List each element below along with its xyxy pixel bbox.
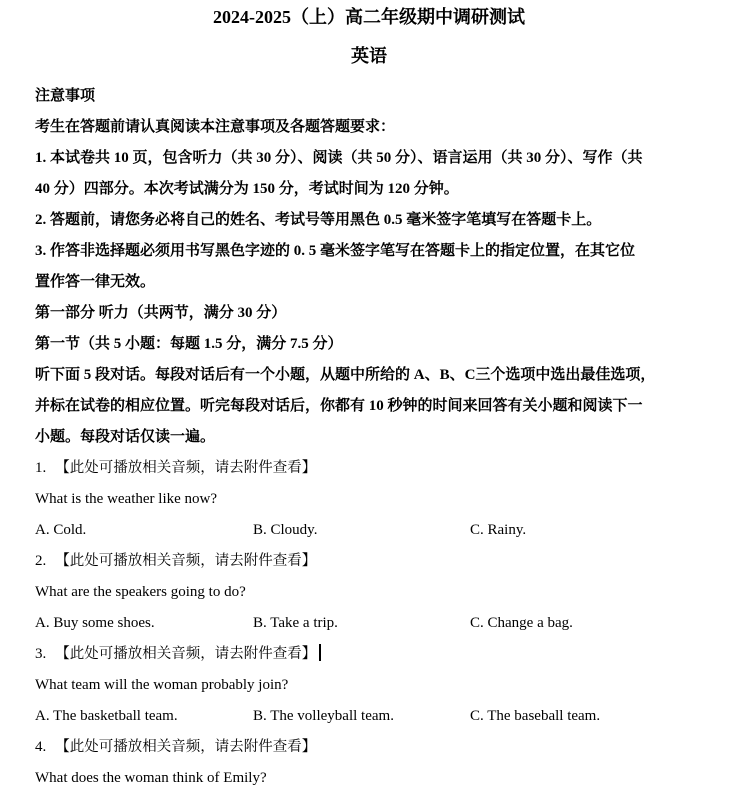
question-audio-line: 1.【此处可播放相关音频，请去附件查看】 [35,453,703,484]
options-row: A. The basketball team. B. The volleybal… [35,701,703,732]
question-block: 2.【此处可播放相关音频，请去附件查看】 What are the speake… [35,546,703,639]
question-text: What are the speakers going to do? [35,577,703,608]
text-cursor [319,644,321,661]
option-b: B. The volleyball team. [253,701,470,732]
question-text: What does the woman think of Emily? [35,763,703,792]
exam-subject: 英语 [35,45,703,67]
question-text: What team will the woman probably join? [35,670,703,701]
question-audio-line: 2.【此处可播放相关音频，请去附件查看】 [35,546,703,577]
notice-line: 置作答一律无效。 [35,267,703,298]
option-b: B. Take a trip. [253,608,470,639]
notice-line: 40 分）四部分。本次考试满分为 150 分，考试时间为 120 分钟。 [35,174,703,205]
question-audio-line: 4.【此处可播放相关音频，请去附件查看】 [35,732,703,763]
question-block: 1.【此处可播放相关音频，请去附件查看】 What is the weather… [35,453,703,546]
question-number: 2. [35,553,46,569]
notice-line: 1. 本试卷共 10 页，包含听力（共 30 分）、阅读（共 50 分）、语言运… [35,143,703,174]
notice-line: 2. 答题前，请您务必将自己的姓名、考试号等用黑色 0.5 毫米签字笔填写在答题… [35,205,703,236]
question-number: 4. [35,739,46,755]
listening-instruction-line: 并标在试卷的相应位置。听完每段对话后，你都有 10 秒钟的时间来回答有关小题和阅… [35,391,703,422]
question-number: 1. [35,460,46,476]
option-c: C. Change a bag. [470,608,703,639]
option-b: B. Cloudy. [253,515,470,546]
section-heading: 第一节（共 5 小题：每题 1.5 分，满分 7.5 分） [35,329,703,360]
option-c: C. The baseball team. [470,701,703,732]
question-block: 3.【此处可播放相关音频，请去附件查看】 What team will the … [35,639,703,732]
option-c: C. Rainy. [470,515,703,546]
notice-section: 注意事项 考生在答题前请认真阅读本注意事项及各题答题要求： 1. 本试卷共 10… [35,81,703,298]
option-a: A. The basketball team. [35,701,253,732]
exam-paper-page: 2024-2025（上）高二年级期中调研测试 英语 注意事项 考生在答题前请认真… [0,0,736,792]
listening-instruction-line: 听下面 5 段对话。每段对话后有一个小题，从题中所给的 A、B、C三个选项中选出… [35,360,703,391]
notice-heading: 注意事项 [35,81,703,112]
options-row: A. Cold. B. Cloudy. C. Rainy. [35,515,703,546]
option-a: A. Cold. [35,515,253,546]
audio-placeholder-note: 【此处可播放相关音频，请去附件查看】 [55,460,316,476]
part-heading: 第一部分 听力（共两节，满分 30 分） [35,298,703,329]
exam-title: 2024-2025（上）高二年级期中调研测试 [35,6,703,28]
question-block: 4.【此处可播放相关音频，请去附件查看】 What does the woman… [35,732,703,792]
listening-instruction-line: 小题。每段对话仅读一遍。 [35,422,703,453]
audio-placeholder-note: 【此处可播放相关音频，请去附件查看】 [55,646,316,662]
options-row: A. Buy some shoes. B. Take a trip. C. Ch… [35,608,703,639]
notice-intro: 考生在答题前请认真阅读本注意事项及各题答题要求： [35,112,703,143]
notice-line: 3. 作答非选择题必须用书写黑色字迹的 0. 5 毫米签字笔写在答题卡上的指定位… [35,236,703,267]
audio-placeholder-note: 【此处可播放相关音频，请去附件查看】 [55,553,316,569]
question-number: 3. [35,646,46,662]
listening-section: 第一部分 听力（共两节，满分 30 分） 第一节（共 5 小题：每题 1.5 分… [35,298,703,792]
option-a: A. Buy some shoes. [35,608,253,639]
question-audio-line: 3.【此处可播放相关音频，请去附件查看】 [35,639,703,670]
audio-placeholder-note: 【此处可播放相关音频，请去附件查看】 [55,739,316,755]
question-text: What is the weather like now? [35,484,703,515]
